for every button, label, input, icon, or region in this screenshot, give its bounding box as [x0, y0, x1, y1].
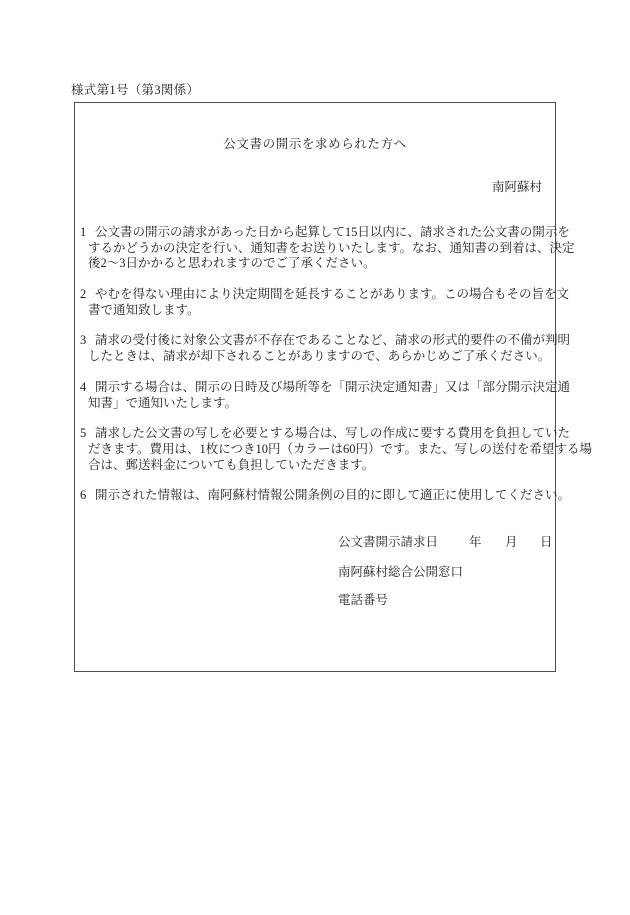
- day-label: 日: [540, 534, 553, 550]
- year-label: 年: [469, 534, 482, 550]
- notice-item-4: 4開示する場合は、開示の日時及び場所等を「開示決定通知書」又は「部分開示決定通 …: [75, 380, 552, 411]
- notice-line: だきます。費用は、1枚につき10円（カラーは60円）です。また、写しの送付を希望…: [75, 442, 552, 458]
- notice-line-text: 開示する場合は、開示の日時及び場所等を「開示決定通知書」又は「部分開示決定通: [95, 380, 570, 394]
- item-number: 3: [80, 333, 95, 349]
- notice-line: したときは、請求が却下されることがありますので、あらかじめご了承ください。: [75, 349, 552, 365]
- item-number: 2: [80, 287, 95, 303]
- notice-item-list: 1公文書の開示の請求があった日から起算して15日以内に、請求された公文書の開示を…: [75, 225, 552, 519]
- notice-line: 3請求の受付後に対象公文書が不存在であることなど、請求の形式的要件の不備が判明: [75, 333, 552, 349]
- item-number: 4: [80, 380, 95, 396]
- document-border-box: 公文書の開示を求められた方へ 南阿蘇村 1公文書の開示の請求があった日から起算し…: [74, 102, 556, 672]
- item-number: 1: [80, 225, 95, 241]
- document-title: 公文書の開示を求められた方へ: [75, 134, 555, 152]
- notice-line: 知書」で通知いたします。: [75, 396, 552, 412]
- notice-line: 6開示された情報は、南阿蘇村情報公開条例の目的に即して適正に使用してください。: [75, 488, 552, 504]
- notice-line-text: 公文書の開示の請求があった日から起算して15日以内に、請求された公文書の開示を: [95, 225, 570, 239]
- notice-line: 1公文書の開示の請求があった日から起算して15日以内に、請求された公文書の開示を: [75, 225, 552, 241]
- notice-line-text: やむを得ない理由により決定期間を延長することがあります。この場合もその旨を文: [95, 287, 569, 301]
- item-number: 5: [80, 426, 95, 442]
- issuer-name: 南阿蘇村: [492, 177, 542, 195]
- notice-line: 後2～3日かかると思われますのでご了承ください。: [75, 256, 552, 272]
- request-date-label: 公文書開示請求日: [338, 534, 438, 550]
- month-label: 月: [505, 534, 518, 550]
- notice-line-text: 請求した公文書の写しを必要とする場合は、写しの作成に要する費用を負担していた: [95, 426, 570, 440]
- notice-item-1: 1公文書の開示の請求があった日から起算して15日以内に、請求された公文書の開示を…: [75, 225, 552, 272]
- notice-line: 書で通知致します。: [75, 303, 552, 319]
- form-number-label: 様式第1号（第3関係）: [71, 82, 199, 98]
- notice-item-2: 2やむを得ない理由により決定期間を延長することがあります。この場合もその旨を文 …: [75, 287, 552, 318]
- phone-number-label: 電話番号: [338, 592, 388, 608]
- document-page: 様式第1号（第3関係） 公文書の開示を求められた方へ 南阿蘇村 1公文書の開示の…: [0, 0, 630, 915]
- notice-line-text: 請求の受付後に対象公文書が不存在であることなど、請求の形式的要件の不備が判明: [95, 333, 570, 347]
- notice-item-5: 5請求した公文書の写しを必要とする場合は、写しの作成に要する費用を負担していた …: [75, 426, 552, 473]
- notice-line: 合は、郵送料金についても負担していただきます。: [75, 458, 552, 474]
- notice-item-6: 6開示された情報は、南阿蘇村情報公開条例の目的に即して適正に使用してください。: [75, 488, 552, 504]
- notice-line: 2やむを得ない理由により決定期間を延長することがあります。この場合もその旨を文: [75, 287, 552, 303]
- office-window-label: 南阿蘇村総合公開窓口: [338, 564, 463, 580]
- item-number: 6: [80, 488, 95, 504]
- notice-line: するかどうかの決定を行い、通知書をお送りいたします。なお、通知書の到着は、決定: [75, 241, 552, 257]
- notice-line-text: 開示された情報は、南阿蘇村情報公開条例の目的に即して適正に使用してください。: [95, 488, 570, 502]
- notice-line: 5請求した公文書の写しを必要とする場合は、写しの作成に要する費用を負担していた: [75, 426, 552, 442]
- notice-item-3: 3請求の受付後に対象公文書が不存在であることなど、請求の形式的要件の不備が判明 …: [75, 333, 552, 364]
- notice-line: 4開示する場合は、開示の日時及び場所等を「開示決定通知書」又は「部分開示決定通: [75, 380, 552, 396]
